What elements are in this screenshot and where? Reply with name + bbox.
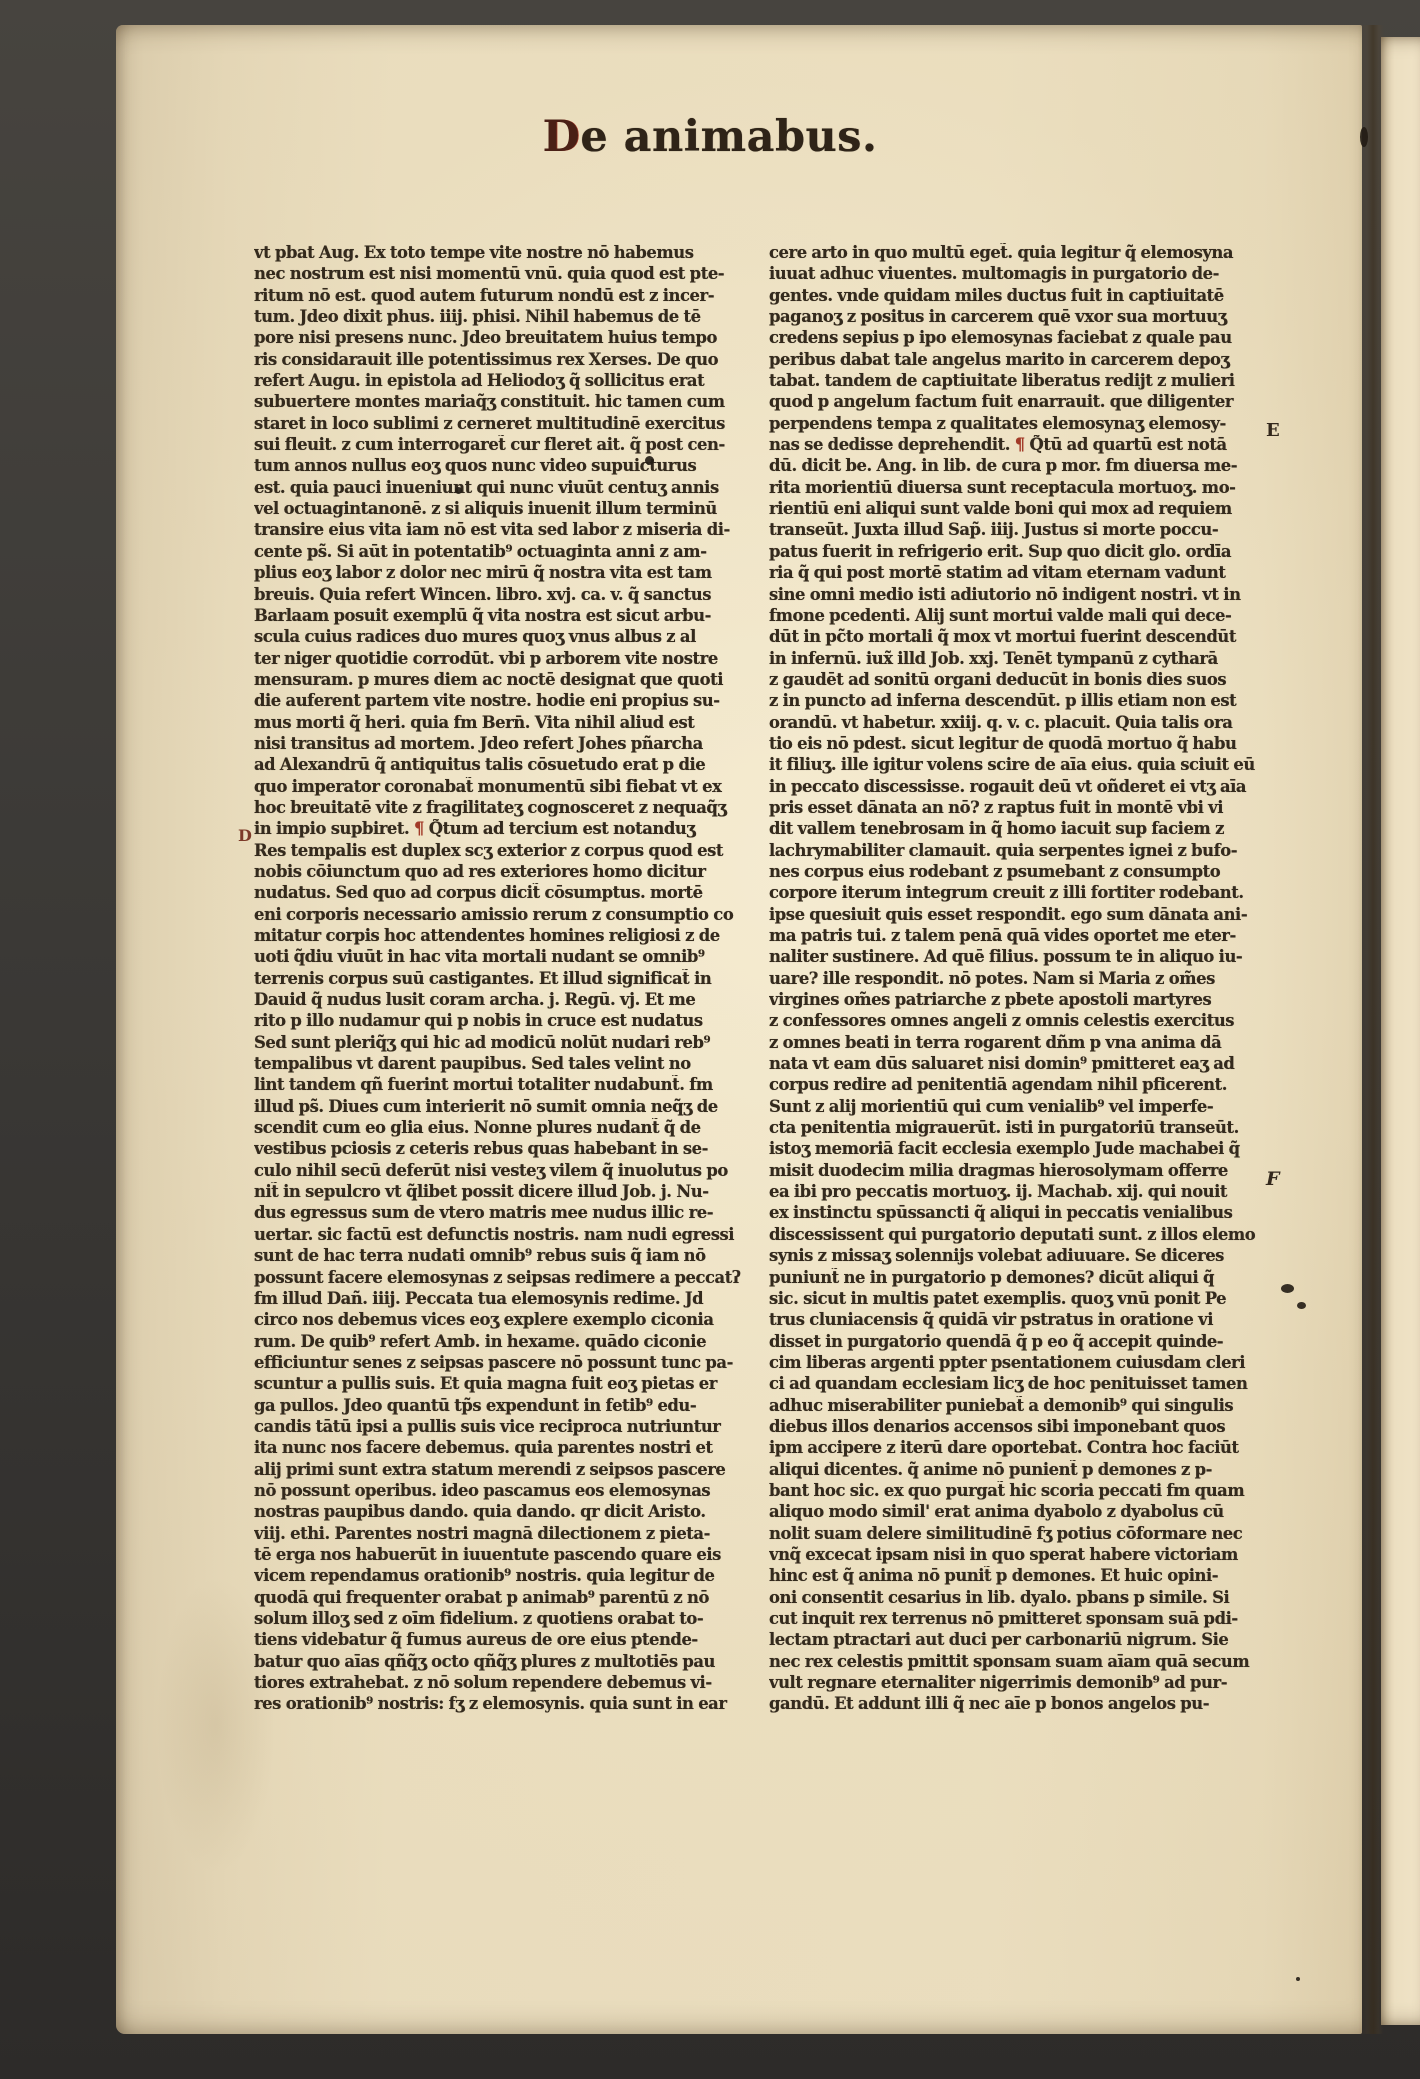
text-line: dū. dicit be. Ang. in lib. de cura p mor… xyxy=(769,456,1293,477)
ink-speck xyxy=(645,456,654,465)
text-line: tiores extrahebat. z nō solum rependere … xyxy=(254,1673,766,1694)
text-line: ipm accipere z iterū dare oportebat. Con… xyxy=(769,1438,1293,1459)
text-line: paganoʒ z positus in carcerem quē vxor s… xyxy=(769,307,1293,328)
text-line: in infernū. iux̃ illd Job. xxj. Tenēt ty… xyxy=(769,649,1293,670)
text-line: puniunt̃ ne in purgatorio p demones? dic… xyxy=(769,1268,1293,1289)
text-line: batur quo aīas qñq̃ʒ octo qñq̃ʒ plures z… xyxy=(254,1652,766,1673)
text-line: scuntur a pullis suis. Et quia magna fui… xyxy=(254,1374,766,1395)
text-line: dūt in pc̃to mortali q̃ mox vt mortui fu… xyxy=(769,627,1293,648)
text-line: quo imperator coronabat̃ monumentū sibi … xyxy=(254,777,766,798)
text-line: discessissent qui purgatorio deputati su… xyxy=(769,1225,1293,1246)
text-line: diebus illos denarios accensos sibi impo… xyxy=(769,1417,1293,1438)
text-line: eni corporis necessario amissio rerum z … xyxy=(254,905,766,926)
text-line: ritum nō est. quod autem futurum nondū e… xyxy=(254,286,766,307)
text-line: z gaudēt ad sonitū organi deducūt in bon… xyxy=(769,670,1293,691)
text-line: nec nostrum est nisi momentū vnū. quia q… xyxy=(254,264,766,285)
text-line: pore nisi presens nunc. Jdeo breuitatem … xyxy=(254,328,766,349)
left-text-column: vt pbat Aug. Ex toto tempe vite nostre n… xyxy=(254,243,766,1716)
text-line: cente ps̃. Si aūt in potentatib⁹ octuagi… xyxy=(254,542,766,563)
text-line: uare? ille respondit. nō potes. Nam si M… xyxy=(769,969,1293,990)
text-line: ria q̃ qui post mortē statim ad vitam et… xyxy=(769,563,1293,584)
text-line: fm illud Dañ. iiij. Peccata tua elemosyn… xyxy=(254,1289,766,1310)
paragraph-mark: ¶ xyxy=(1015,435,1025,454)
text-line: nō possunt operibus. ideo pascamus eos e… xyxy=(254,1481,766,1502)
text-line: gentes. vnde quidam miles ductus fuit in… xyxy=(769,286,1293,307)
text-line: illud ps̃. Diues cum interierit nō sumit… xyxy=(254,1097,766,1118)
text-line: Res tempalis est duplex scʒ exterior z c… xyxy=(254,841,766,862)
margin-letter-f: F xyxy=(1266,1168,1280,1190)
text-line: tiens videbatur q̃ fumus aureus de ore e… xyxy=(254,1630,766,1651)
text-line: quodā qui frequenter orabat p animab⁹ pa… xyxy=(254,1588,766,1609)
text-line: ma patris tui. z talem penā quā vides op… xyxy=(769,926,1293,947)
text-line: mitatur corpis hoc attendentes homines r… xyxy=(254,926,766,947)
text-line: ipse quesiuit quis esset respondit. ego … xyxy=(769,905,1293,926)
text-line: quod p angelum factum fuit enarrauit. qu… xyxy=(769,392,1293,413)
text-line: lachrymabiliter clamauit. quia serpentes… xyxy=(769,841,1293,862)
text-line: transeūt. Juxta illud Sap̃. iiij. Justus… xyxy=(769,520,1293,541)
text-line: transire eius vita iam nō est vita sed l… xyxy=(254,520,766,541)
text-line: ris considarauit ille potentissimus rex … xyxy=(254,350,766,371)
text-line: z in puncto ad inferna descendūt. p illi… xyxy=(769,691,1293,712)
text-line: ter niger quotidie corrodūt. vbi p arbor… xyxy=(254,649,766,670)
text-line: corpore iterum integrum creuit z illi fo… xyxy=(769,883,1293,904)
ink-speck xyxy=(455,487,462,494)
text-line: nisi transitus ad mortem. Jdeo refert Jo… xyxy=(254,734,766,755)
text-line: alij primi sunt extra statum merendi z s… xyxy=(254,1460,766,1481)
text-line: nas se dedisse deprehendit. ¶ Q̃tū ad qu… xyxy=(769,435,1293,456)
text-line: ad Alexandrū q̃ antiquitus talis cōsuetu… xyxy=(254,755,766,776)
text-line: ea ibi pro peccatis mortuoʒ. ij. Machab.… xyxy=(769,1182,1293,1203)
text-line: cim liberas argenti ppter psentationem c… xyxy=(769,1353,1293,1374)
ink-speck xyxy=(1297,1302,1306,1309)
text-line: synis z missaʒ solennijs volebat adiuuar… xyxy=(769,1246,1293,1267)
text-line: oni consentit cesarius in lib. dyalo. pb… xyxy=(769,1588,1293,1609)
text-line: perpendens tempa z qualitates elemosynaʒ… xyxy=(769,414,1293,435)
text-line: candis tātū ipsi a pullis suis vice reci… xyxy=(254,1417,766,1438)
text-line: cere arto in quo multū eget̃. quia legit… xyxy=(769,243,1293,264)
text-line: rito p illo nudamur qui p nobis in cruce… xyxy=(254,1011,766,1032)
text-line: vel octuagintanonē. z si aliquis inuenit… xyxy=(254,499,766,520)
text-line: viij. ethi. Parentes nostri magnā dilect… xyxy=(254,1524,766,1545)
text-line: ga pullos. Jdeo quantū tp̃s expendunt in… xyxy=(254,1396,766,1417)
text-line: culo nihil secū deferūt nisi vesteʒ vile… xyxy=(254,1161,766,1182)
text-line: est. quia pauci inueniunt qui nunc viuūt… xyxy=(254,478,766,499)
text-line: dit vallem tenebrosam in q̃ homo iacuit … xyxy=(769,819,1293,840)
text-line: sunt de hac terra nudati omnib⁹ rebus su… xyxy=(254,1246,766,1267)
text-line: orandū. vt habetur. xxiij. q. v. c. plac… xyxy=(769,713,1293,734)
text-line: z omnes beati in terra rogarent dñm p vn… xyxy=(769,1033,1293,1054)
text-line: peribus dabat tale angelus marito in car… xyxy=(769,350,1293,371)
text-line: hinc est q̃ anima nō punit̃ p demones. E… xyxy=(769,1566,1293,1587)
adjacent-page-edge xyxy=(1381,37,1420,2025)
text-line: nobis cōiunctum quo ad res exteriores ho… xyxy=(254,862,766,883)
text-line: in impio supbiret. ¶ Q̃tum ad tercium es… xyxy=(254,819,766,840)
text-line: disset in purgatorio quendā q̃ p eo q̃ a… xyxy=(769,1332,1293,1353)
text-line: dus egressus sum de vtero matris mee nud… xyxy=(254,1203,766,1224)
text-line: nec rex celestis pmittit sponsam suam aī… xyxy=(769,1652,1293,1673)
text-line: res orationib⁹ nostris: fʒ z elemosynis.… xyxy=(254,1694,766,1715)
text-line: vnq̃ excecat ipsam nisi in quo sperat ha… xyxy=(769,1545,1293,1566)
ink-speck xyxy=(1281,1284,1294,1293)
text-line: sic. sicut in multis patet exemplis. quo… xyxy=(769,1289,1293,1310)
text-line: rientiū eni aliqui sunt valde boni qui m… xyxy=(769,499,1293,520)
text-line: rita morientiū diuersa sunt receptacula … xyxy=(769,478,1293,499)
text-line: Sunt z alij morientiū qui cum venialib⁹ … xyxy=(769,1097,1293,1118)
text-line: nudatus. Sed quo ad corpus dicit̃ cōsump… xyxy=(254,883,766,904)
text-line: gandū. Et addunt illi q̃ nec aīe p bonos… xyxy=(769,1694,1293,1715)
text-line: scendit cum eo glia eius. Nonne plures n… xyxy=(254,1118,766,1139)
photo-background: De animabus. vt pbat Aug. Ex toto tempe … xyxy=(0,0,1420,2079)
text-line: ci ad quandam ecclesiam licʒ de hoc peni… xyxy=(769,1374,1293,1395)
text-line: cut inquit rex terrenus nō pmitteret spo… xyxy=(769,1609,1293,1630)
right-text-column: cere arto in quo multū eget̃. quia legit… xyxy=(769,243,1293,1716)
text-line: die auferent partem vite nostre. hodie e… xyxy=(254,691,766,712)
text-line: it filiuʒ. ille igitur volens scire de a… xyxy=(769,755,1293,776)
text-line: vult regnare eternaliter nigerrimis demo… xyxy=(769,1673,1293,1694)
text-line: refert Augu. in epistola ad Heliodoʒ q̃ … xyxy=(254,371,766,392)
text-line: mus morti q̃ heri. quia fm Bern̄. Vita n… xyxy=(254,713,766,734)
text-line: cta penitentia migrauerūt. isti in purga… xyxy=(769,1118,1293,1139)
text-line: Dauid q̃ nudus lusit coram archa. j. Reg… xyxy=(254,990,766,1011)
text-line: corpus redire ad penitentiā agendam nihi… xyxy=(769,1075,1293,1096)
text-line: rum. De quib⁹ refert Amb. in hexame. quā… xyxy=(254,1332,766,1353)
text-line: vicem rependamus orationib⁹ nostris. qui… xyxy=(254,1566,766,1587)
page-title: De animabus. xyxy=(430,112,990,162)
text-line: tum. Jdeo dixit phus. iiij. phisi. Nihil… xyxy=(254,307,766,328)
text-line: subuertere montes mariaq̃ʒ constituit. h… xyxy=(254,392,766,413)
text-line: tum annos nullus eoʒ quos nunc video sup… xyxy=(254,456,766,477)
text-line: aliquo modo simil' erat anima dyabolo z … xyxy=(769,1502,1293,1523)
ink-speck xyxy=(1296,1977,1300,1981)
text-line: trus cluniacensis q̃ quidā vir pstratus … xyxy=(769,1310,1293,1331)
text-line: sui fleuit. z cum interrogaret̃ cur fler… xyxy=(254,435,766,456)
text-line: scula cuius radices duo mures quoʒ vnus … xyxy=(254,627,766,648)
text-line: lint tandem qñ fuerint mortui totaliter … xyxy=(254,1075,766,1096)
margin-letter-e: E xyxy=(1266,420,1280,441)
text-line: in peccato discessisse. rogauit deū vt o… xyxy=(769,777,1293,798)
text-line: plius eoʒ labor z dolor nec mirū q̃ nost… xyxy=(254,563,766,584)
text-line: vt pbat Aug. Ex toto tempe vite nostre n… xyxy=(254,243,766,264)
text-line: possunt facere elemosynas z seipsas redi… xyxy=(254,1268,766,1289)
text-line: ex instinctu spūssancti q̃ aliqui in pec… xyxy=(769,1203,1293,1224)
text-line: aliqui dicentes. q̃ anime nō punient̃ p … xyxy=(769,1460,1293,1481)
text-line: tempalibus vt darent paupibus. Sed tales… xyxy=(254,1054,766,1075)
text-line: solum illoʒ sed z oīm fidelium. z quotie… xyxy=(254,1609,766,1630)
text-line: uoti q̃diu viuūt in hac vita mortali nud… xyxy=(254,947,766,968)
margin-letter-d: D xyxy=(238,826,252,845)
text-line: istoʒ memoriā facit ecclesia exemplo Jud… xyxy=(769,1139,1293,1160)
text-line: hoc breuitatē vite z fragilitateʒ cognos… xyxy=(254,798,766,819)
text-line: tio eis nō pdest. sicut legitur de quodā… xyxy=(769,734,1293,755)
text-line: terrenis corpus suū castigantes. Et illu… xyxy=(254,969,766,990)
text-line: staret in loco sublimi z cerneret multit… xyxy=(254,414,766,435)
text-line: pris esset dānata an nō? z raptus fuit i… xyxy=(769,798,1293,819)
text-line: nata vt eam dūs saluaret nisi domin⁹ pmi… xyxy=(769,1054,1293,1075)
text-line: nolit suam delere similitudinē fʒ potius… xyxy=(769,1524,1293,1545)
text-line: vestibus pciosis z ceteris rebus quas ha… xyxy=(254,1139,766,1160)
text-line: sine omni medio isti adiutorio nō indige… xyxy=(769,585,1293,606)
text-line: naliter sustinere. Ad quē filius. possum… xyxy=(769,947,1293,968)
paragraph-mark: ¶ xyxy=(414,819,424,838)
text-line: mensuram. p mures diem ac noctē designat… xyxy=(254,670,766,691)
text-line: uertar. sic factū est defunctis nostris.… xyxy=(254,1225,766,1246)
text-line: lectam ptractari aut duci per carbonariū… xyxy=(769,1630,1293,1651)
text-line: misit duodecim milia dragmas hierosolyma… xyxy=(769,1161,1293,1182)
text-line: efficiuntur senes z seipsas pascere nō p… xyxy=(254,1353,766,1374)
text-line: virgines om̃es patriarche z pbete aposto… xyxy=(769,990,1293,1011)
text-line: nes corpus eius rodebant z psumebant z c… xyxy=(769,862,1293,883)
text-line: adhuc miserabiliter puniebat̃ a demonib⁹… xyxy=(769,1396,1293,1417)
text-line: Sed sunt pleriq̃ʒ qui hic ad modicū nolū… xyxy=(254,1033,766,1054)
text-line: z confessores omnes angeli z omnis celes… xyxy=(769,1011,1293,1032)
ink-speck xyxy=(1360,127,1368,147)
text-line: nit̃ in sepulcro vt q̃libet possit dicer… xyxy=(254,1182,766,1203)
text-line: credens sepius p ipo elemosynas faciebat… xyxy=(769,328,1293,349)
text-line: circo nos debemus vices eoʒ explere exem… xyxy=(254,1310,766,1331)
text-line: bant hoc sic. ex quo purgat̃ hic scoria … xyxy=(769,1481,1293,1502)
text-line: nostras paupibus dando. quia dando. qr d… xyxy=(254,1502,766,1523)
text-line: Barlaam posuit exemplū q̃ vita nostra es… xyxy=(254,606,766,627)
text-line: patus fuerit in refrigerio erit. Sup quo… xyxy=(769,542,1293,563)
text-line: tē erga nos habuerūt in iuuentute pascen… xyxy=(254,1545,766,1566)
text-line: iuuat adhuc viuentes. multomagis in purg… xyxy=(769,264,1293,285)
text-line: ita nunc nos facere debemus. quia parent… xyxy=(254,1438,766,1459)
text-line: breuis. Quia refert Wincen. libro. xvj. … xyxy=(254,585,766,606)
text-line: fmone pcedenti. Alij sunt mortui valde m… xyxy=(769,606,1293,627)
text-line: tabat. tandem de captiuitate liberatus r… xyxy=(769,371,1293,392)
